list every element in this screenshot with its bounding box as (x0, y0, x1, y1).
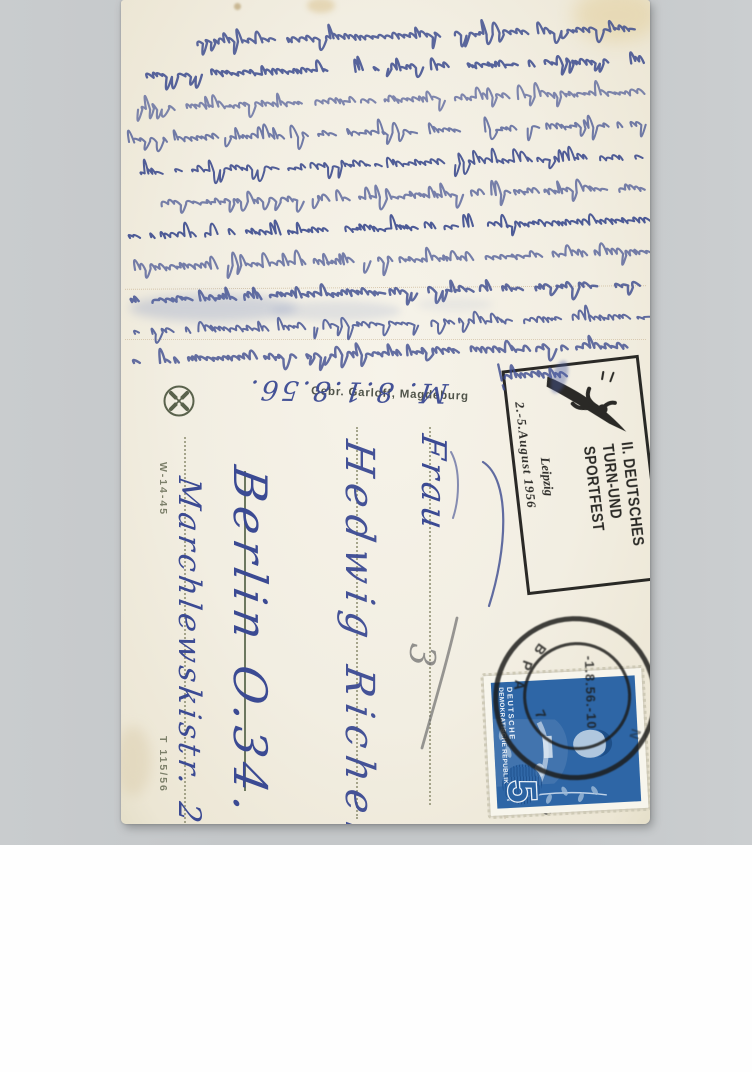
postmark: -1.8.56.-10 B P A 7 N (497, 610, 650, 775)
photo-backdrop-white (0, 845, 752, 1072)
postcard: Gebr. Garloff, Magdeburg W-14-45 T 115/5… (121, 0, 650, 824)
postmark-letter: A (511, 679, 528, 691)
pencil-note: 3 (400, 642, 443, 669)
scanned-postcard-photo: { "scene": { "type": "scanned back of a … (0, 0, 752, 1072)
